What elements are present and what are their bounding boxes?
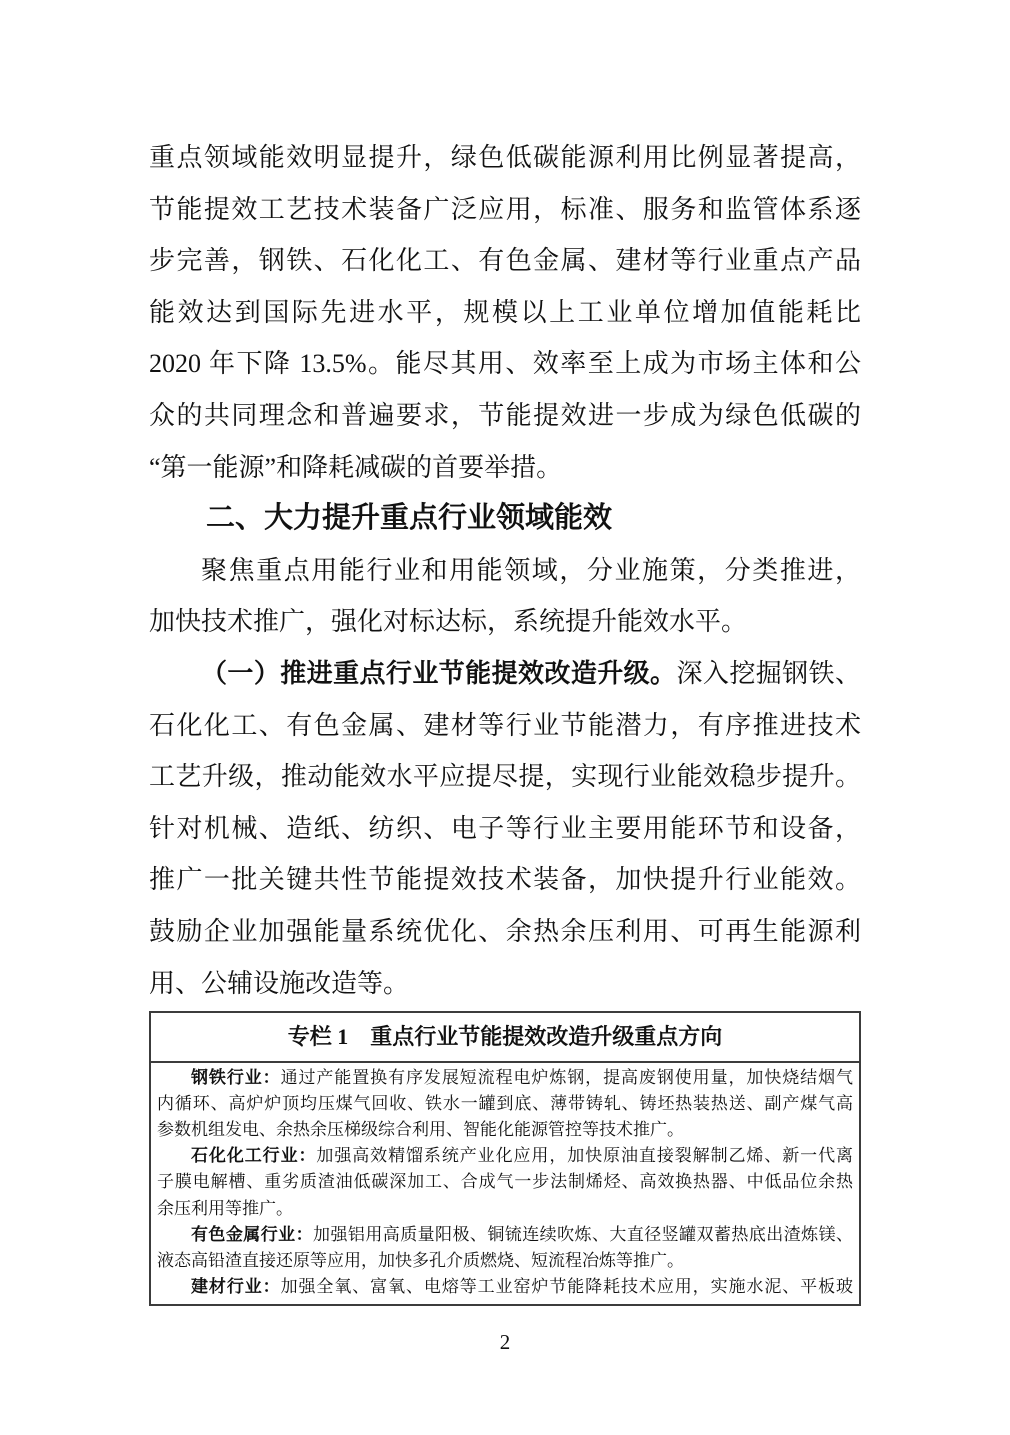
line-text: 重点领域能效明显提升，绿色低碳能源利用比例显著提高， (149, 143, 861, 172)
document-page: 重点领域能效明显提升，绿色低碳能源利用比例显著提高， 节能提效工艺技术装备广泛应… (0, 0, 1010, 1435)
line-text: 余压利用等推广。 (157, 1199, 293, 1218)
line-text: 加强铝用高质量阳极、铜锍连续吹炼、大直径竖罐双蓄热底出渣炼镁、 (313, 1225, 853, 1244)
section-heading: 二、大力提升重点行业领域能效 (149, 493, 861, 545)
text-line: 钢铁行业：通过产能置换有序发展短流程电炉炼钢，提高废钢使用量，加快烧结烟气 (157, 1065, 853, 1091)
line-text: 众的共同理念和普遍要求，节能提效进一步成为绿色低碳的 (149, 401, 861, 430)
line-text: 参数机组发电、余热余压梯级综合利用、智能化能源管控等技术推广。 (157, 1120, 684, 1139)
bold-run-in: 钢铁行业： (191, 1068, 281, 1087)
page-content: 重点领域能效明显提升，绿色低碳能源利用比例显著提高， 节能提效工艺技术装备广泛应… (149, 132, 861, 1306)
text-line: 石化化工行业：加强高效精馏系统产业化应用，加快原油直接裂解制乙烯、新一代离 (157, 1143, 853, 1169)
bold-run-in: 有色金属行业： (191, 1225, 313, 1244)
line-text: 石化化工、有色金属、建材等行业节能潜力，有序推进技术 (149, 711, 861, 740)
line-text: 深入挖掘钢铁、 (676, 659, 861, 688)
line-text: 通过产能置换有序发展短流程电炉炼钢，提高废钢使用量，加快烧结烟气 (281, 1068, 853, 1087)
line-text: 加强高效精馏系统产业化应用，加快原油直接裂解制乙烯、新一代离 (316, 1146, 853, 1165)
line-text: 液态高铅渣直接还原等应用，加快多孔介质燃烧、短流程冶炼等推广。 (157, 1251, 684, 1270)
text-line: 建材行业：加强全氧、富氧、电熔等工业窑炉节能降耗技术应用，实施水泥、平板玻 (157, 1274, 853, 1300)
text-line: 余压利用等推广。 (157, 1196, 853, 1222)
line-text: 步完善，钢铁、石化化工、有色金属、建材等行业重点产品 (149, 246, 861, 275)
line-text: 节能提效工艺技术装备广泛应用，标准、服务和监管体系逐 (149, 195, 861, 224)
text-line: 有色金属行业：加强铝用高质量阳极、铜锍连续吹炼、大直径竖罐双蓄热底出渣炼镁、 (157, 1222, 853, 1248)
callout-box-title: 专栏 1 重点行业节能提效改造升级重点方向 (151, 1013, 859, 1063)
line-text: 针对机械、造纸、纺织、电子等行业主要用能环节和设备， (149, 814, 861, 843)
paragraph-overview: 聚焦重点用能行业和用能领域，分业施策，分类推进， 加快技术推广，强化对标达标，系… (149, 545, 861, 648)
text-line: 子膜电解槽、重劣质渣油低碳深加工、合成气一步法制烯烃、高效换热器、中低品位余热 (157, 1169, 853, 1195)
line-text: 工艺升级，推动能效水平应提尽提，实现行业能效稳步提升。 (149, 762, 861, 791)
page-number: 2 (0, 1330, 1010, 1355)
text-line: 参数机组发电、余热余压梯级综合利用、智能化能源管控等技术推广。 (157, 1117, 853, 1143)
text-line: 液态高铅渣直接还原等应用，加快多孔介质燃烧、短流程冶炼等推广。 (157, 1248, 853, 1274)
text-line: 推广一批关键共性节能提效技术装备，加快提升行业能效。 (149, 854, 861, 906)
text-line: 众的共同理念和普遍要求，节能提效进一步成为绿色低碳的 (149, 390, 861, 442)
text-line: 节能提效工艺技术装备广泛应用，标准、服务和监管体系逐 (149, 184, 861, 236)
text-line: 重点领域能效明显提升，绿色低碳能源利用比例显著提高， (149, 132, 861, 184)
text-line: “第一能源”和降耗减碳的首要举措。 (149, 442, 861, 494)
line-text: 用、公辅设施改造等。 (149, 969, 409, 998)
text-line: 鼓励企业加强能量系统优化、余热余压利用、可再生能源利 (149, 906, 861, 958)
text-line: 聚焦重点用能行业和用能领域，分业施策，分类推进， (149, 545, 861, 597)
paragraph-measure-1: （一）推进重点行业节能提效改造升级。深入挖掘钢铁、 石化化工、有色金属、建材等行… (149, 648, 861, 1009)
line-text: 能效达到国际先进水平，规模以上工业单位增加值能耗比 (149, 298, 861, 327)
text-line: 能效达到国际先进水平，规模以上工业单位增加值能耗比 (149, 287, 861, 339)
line-text: 加强全氧、富氧、电熔等工业窑炉节能降耗技术应用，实施水泥、平板玻 (281, 1277, 853, 1296)
line-text: 内循环、高炉炉顶均压煤气回收、铁水一罐到底、薄带铸轧、铸坯热装热送、副产煤气高 (157, 1094, 853, 1113)
callout-box: 专栏 1 重点行业节能提效改造升级重点方向 钢铁行业：通过产能置换有序发展短流程… (149, 1011, 861, 1306)
text-line: 针对机械、造纸、纺织、电子等行业主要用能环节和设备， (149, 803, 861, 855)
text-line: 2020 年下降 13.5%。能尽其用、效率至上成为市场主体和公 (149, 338, 861, 390)
text-line: 石化化工、有色金属、建材等行业节能潜力，有序推进技术 (149, 700, 861, 752)
bold-run-in: 石化化工行业： (191, 1146, 316, 1165)
text-line: 加快技术推广，强化对标达标，系统提升能效水平。 (149, 596, 861, 648)
line-text: 推广一批关键共性节能提效技术装备，加快提升行业能效。 (149, 865, 861, 894)
bold-run-in: 建材行业： (191, 1277, 281, 1296)
paragraph-continuation: 重点领域能效明显提升，绿色低碳能源利用比例显著提高， 节能提效工艺技术装备广泛应… (149, 132, 861, 493)
text-line: 步完善，钢铁、石化化工、有色金属、建材等行业重点产品 (149, 235, 861, 287)
line-text: 子膜电解槽、重劣质渣油低碳深加工、合成气一步法制烯烃、高效换热器、中低品位余热 (157, 1172, 853, 1191)
text-line: 用、公辅设施改造等。 (149, 958, 861, 1010)
text-line: 内循环、高炉炉顶均压煤气回收、铁水一罐到底、薄带铸轧、铸坯热装热送、副产煤气高 (157, 1091, 853, 1117)
callout-box-body: 钢铁行业：通过产能置换有序发展短流程电炉炼钢，提高废钢使用量，加快烧结烟气 内循… (151, 1063, 859, 1304)
text-line: 工艺升级，推动能效水平应提尽提，实现行业能效稳步提升。 (149, 751, 861, 803)
bold-run-in: （一）推进重点行业节能提效改造升级。 (201, 659, 676, 688)
line-text: 聚焦重点用能行业和用能领域，分业施策，分类推进， (201, 556, 861, 585)
line-text: “第一能源”和降耗减碳的首要举措。 (149, 453, 562, 482)
line-text: 2020 年下降 13.5%。能尽其用、效率至上成为市场主体和公 (149, 349, 861, 378)
line-text: 加快技术推广，强化对标达标，系统提升能效水平。 (149, 607, 747, 636)
line-text: 鼓励企业加强能量系统优化、余热余压利用、可再生能源利 (149, 917, 861, 946)
text-line: （一）推进重点行业节能提效改造升级。深入挖掘钢铁、 (149, 648, 861, 700)
